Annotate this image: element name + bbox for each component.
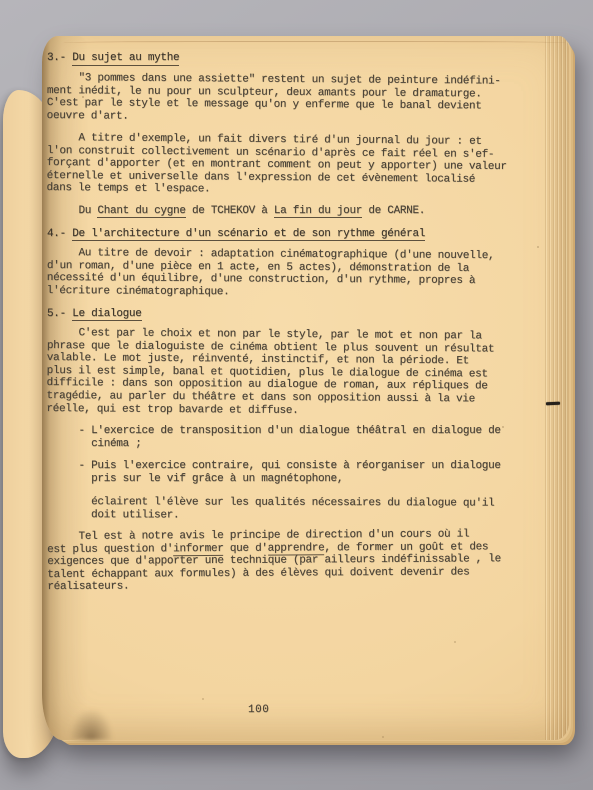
paragraph: Tel est à notre avis le principe de dire… xyxy=(47,528,543,594)
section-heading: 4.- De l'architecture d'un scénario et d… xyxy=(47,228,543,241)
paragraph: "3 pommes dans une assiette" restent un … xyxy=(47,72,543,126)
paragraph: A titre d'exemple, un fait divers tiré d… xyxy=(46,132,543,199)
paragraph: C'est par le choix et non par le style, … xyxy=(46,327,543,419)
page-edge-stack xyxy=(545,36,569,740)
text-line: cinéma ; xyxy=(47,438,543,451)
text-line: - L'exercice de transposition d'un dialo… xyxy=(47,425,543,438)
book-page: 3.- Du sujet au mythe "3 pommes dans une… xyxy=(42,36,569,740)
underlined-text: La fin du jour xyxy=(274,205,362,219)
underlined-text: De l'architecture d'un scénario et de so… xyxy=(72,228,425,242)
underlined-text: Du sujet au mythe xyxy=(72,52,179,66)
underlined-text: Le dialogue xyxy=(72,308,141,322)
text-line: Du Chant du cygne de TCHEKOV à La fin du… xyxy=(47,205,543,218)
text-line: 4.- De l'architecture d'un scénario et d… xyxy=(47,228,543,241)
page-number: 100 xyxy=(248,704,269,716)
text-line: 3.- Du sujet au mythe xyxy=(47,52,543,65)
ink-mark xyxy=(546,402,560,405)
text-line: pris sur le vif grâce à un magnétophone, xyxy=(47,473,543,486)
paragraph: Du Chant du cygne de TCHEKOV à La fin du… xyxy=(47,205,543,218)
section-heading: 3.- Du sujet au mythe xyxy=(47,52,543,65)
paragraph: Au titre de devoir : adaptation cinémato… xyxy=(47,247,543,301)
text-line: - Puis l'exercice contraire, qui consist… xyxy=(47,460,543,473)
list-item: - L'exercice de transposition d'un dialo… xyxy=(47,425,543,450)
section-heading: 5.- Le dialogue xyxy=(47,308,543,321)
list-item: - Puis l'exercice contraire, qui consist… xyxy=(47,460,543,485)
paragraph: éclairent l'élève sur les qualités néces… xyxy=(47,496,543,523)
text-line: 5.- Le dialogue xyxy=(47,308,543,321)
text-line: réalisateurs. xyxy=(47,578,543,594)
underlined-text: Chant du cygne xyxy=(97,205,185,219)
text-line: doit utiliser. xyxy=(47,508,543,522)
page-content: 3.- Du sujet au mythe "3 pommes dans une… xyxy=(42,36,543,740)
text-line: éclairent l'élève sur les qualités néces… xyxy=(47,496,543,510)
